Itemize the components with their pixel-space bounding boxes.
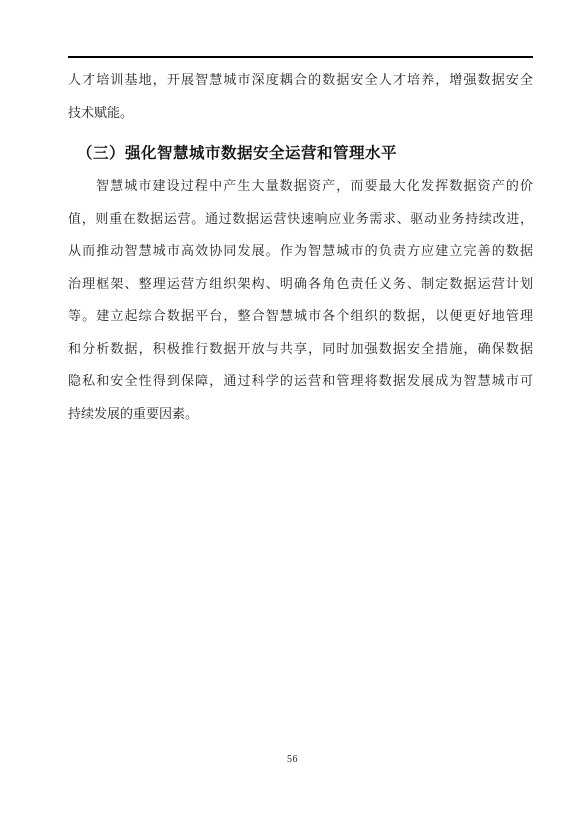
- section-heading: （三）强化智慧城市数据安全运营和管理水平: [77, 137, 533, 170]
- header-rule: [68, 56, 533, 58]
- paragraph-line: 和分析数据，积极推行数据开放与共享，同时加强数据安全措施，确保数据: [68, 333, 533, 366]
- paragraph-line: 智慧城市建设过程中产生大量数据资产，而要最大化发挥数据资产的价: [68, 170, 533, 203]
- paragraph-line: 治理框架、整理运营方组织架构、明确各角色责任义务、制定数据运营计划: [68, 268, 533, 301]
- document-page: 人才培训基地，开展智慧城市深度耦合的数据安全人才培养，增强数据安全 技术赋能。 …: [0, 0, 585, 827]
- paragraph-line: 等。建立起综合数据平台，整合智慧城市各个组织的数据，以便更好地管理: [68, 300, 533, 333]
- page-content: 人才培训基地，开展智慧城市深度耦合的数据安全人才培养，增强数据安全 技术赋能。 …: [68, 64, 533, 430]
- paragraph-line: 持续发展的重要因素。: [68, 398, 533, 431]
- paragraph-line: 技术赋能。: [68, 97, 533, 130]
- paragraph-line: 隐私和安全性得到保障，通过科学的运营和管理将数据发展成为智慧城市可: [68, 365, 533, 398]
- page-number: 56: [0, 753, 585, 766]
- paragraph-line: 值，则重在数据运营。通过数据运营快速响应业务需求、驱动业务持续改进，: [68, 203, 533, 236]
- paragraph-line: 从而推动智慧城市高效协同发展。作为智慧城市的负责方应建立完善的数据: [68, 235, 533, 268]
- paragraph-line: 人才培训基地，开展智慧城市深度耦合的数据安全人才培养，增强数据安全: [68, 64, 533, 97]
